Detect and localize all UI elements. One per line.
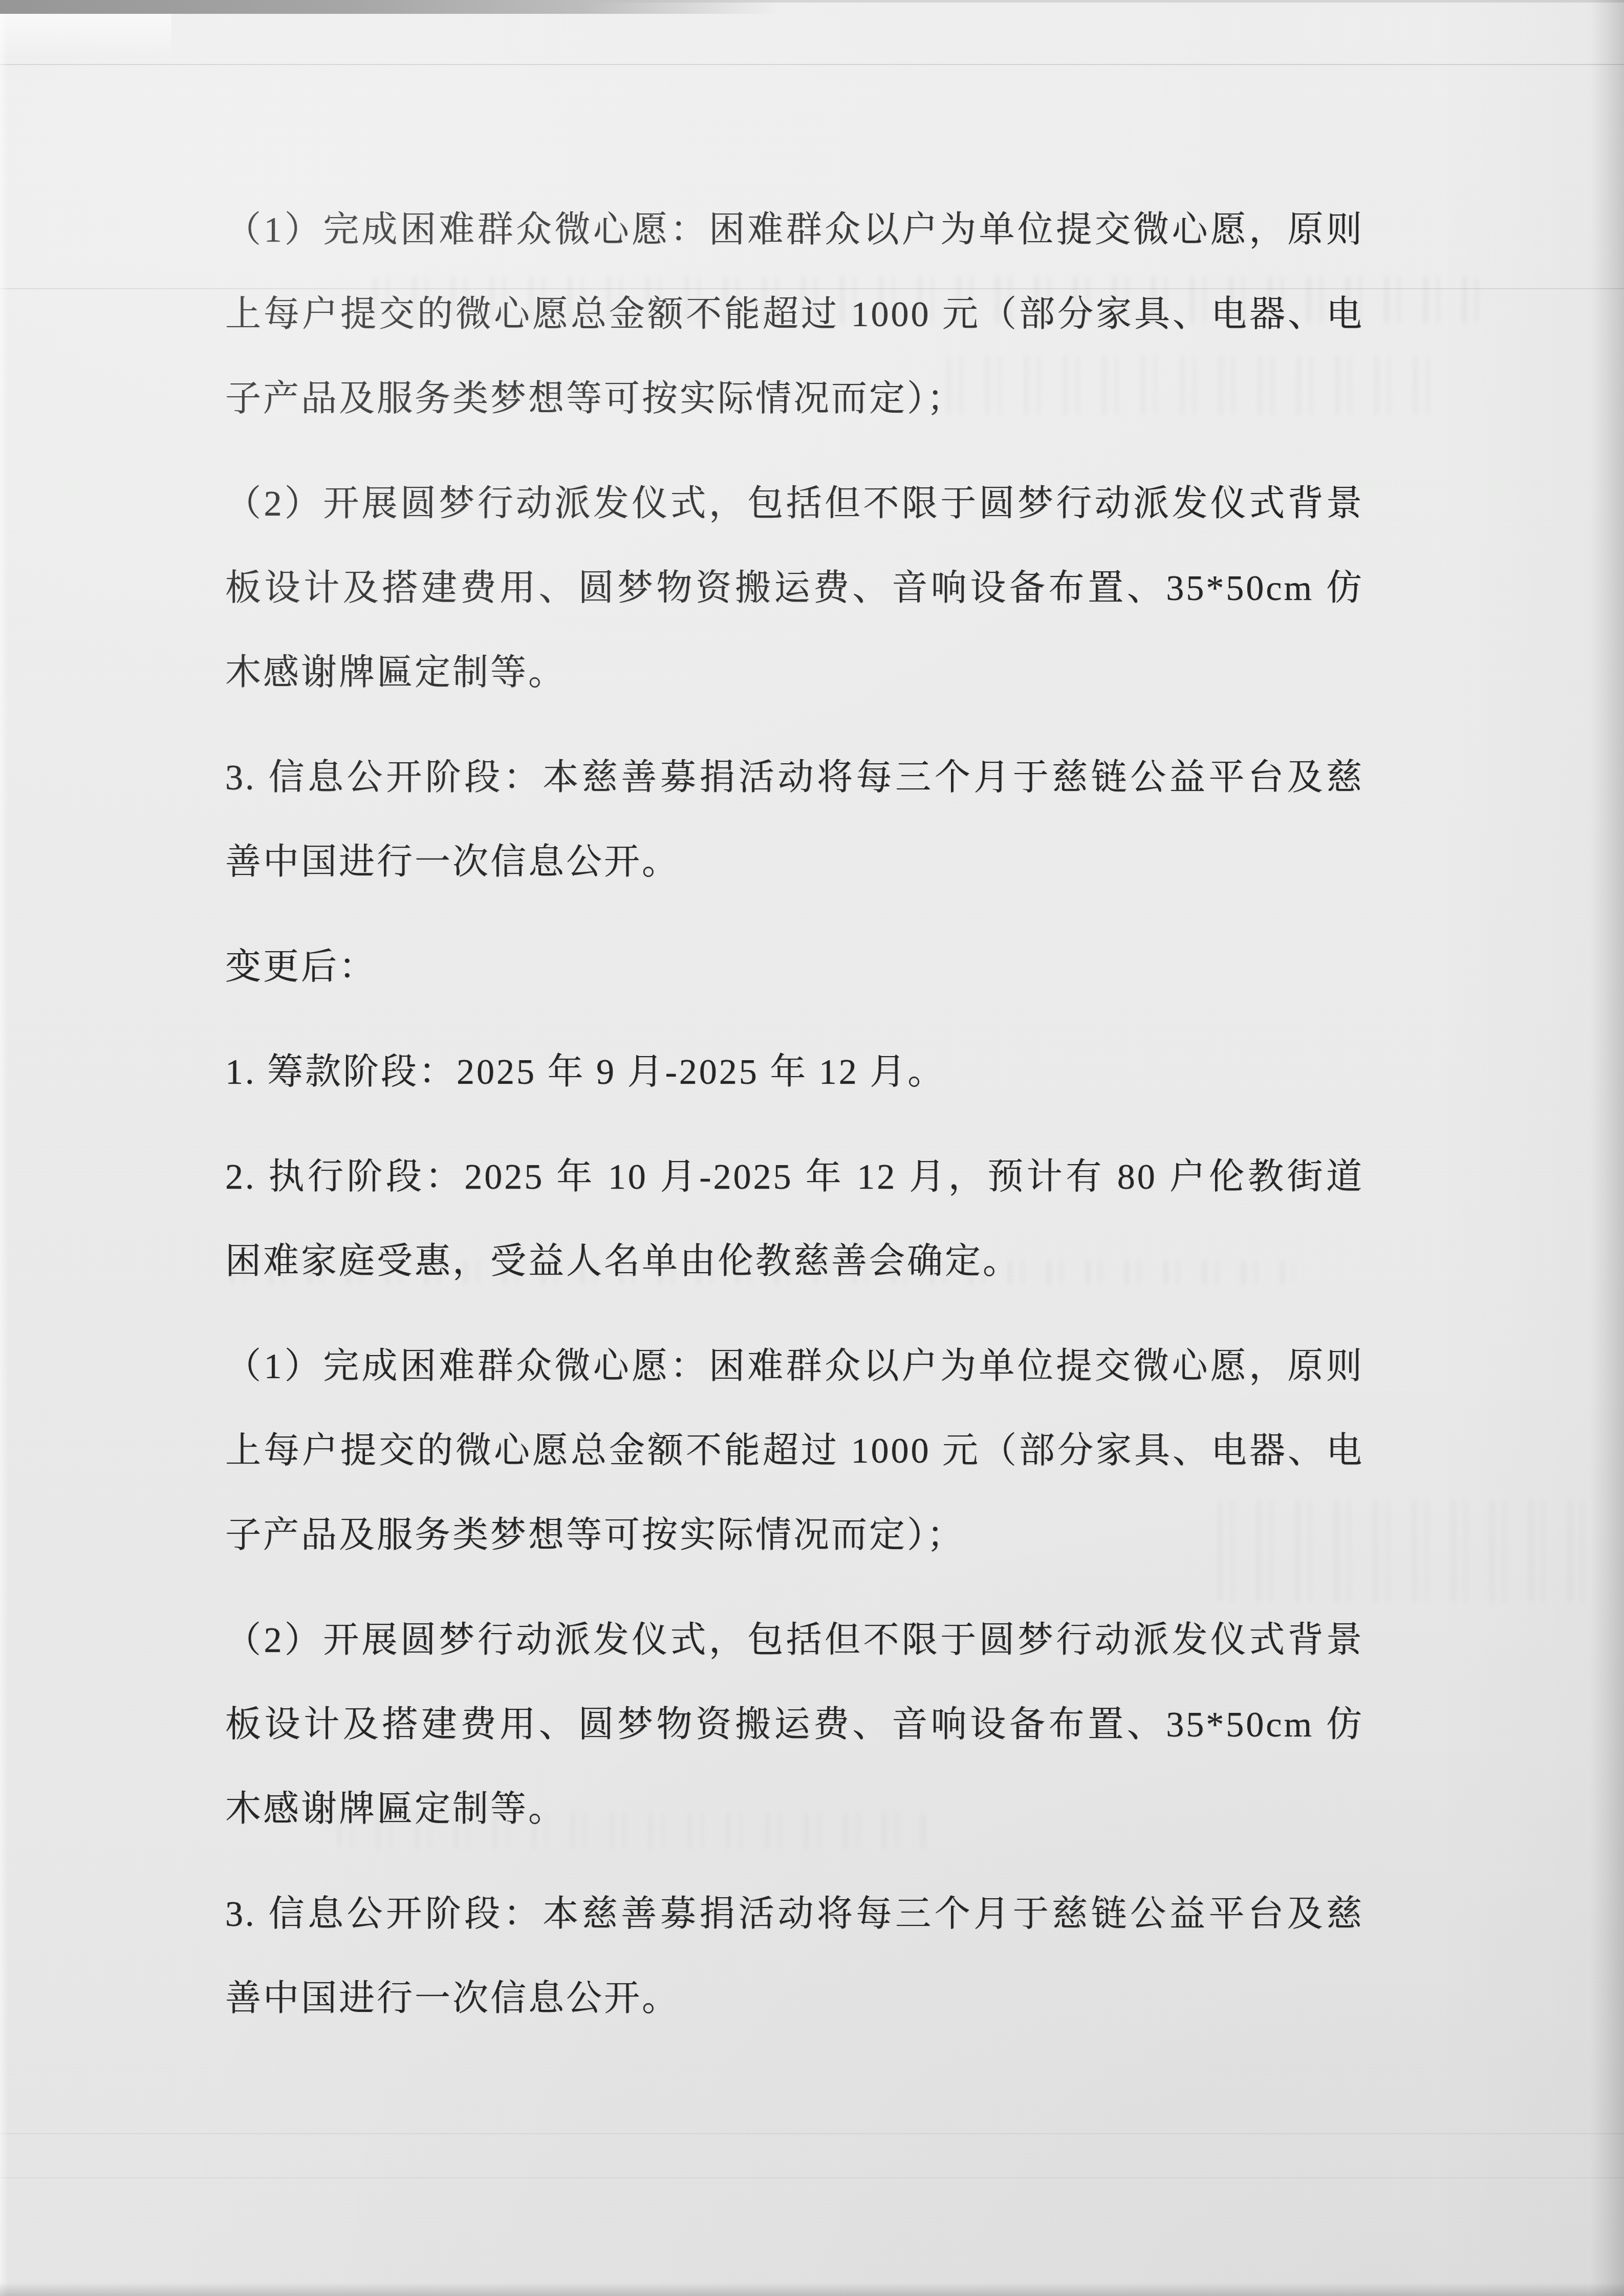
scan-left-edge-highlight <box>0 0 8 2296</box>
paragraph: （1）完成困难群众微心愿：困难群众以户为单位提交微心愿，原则上每户提交的微心愿总… <box>225 188 1364 441</box>
scan-line-artifact <box>0 2177 1624 2178</box>
scan-corner-highlight <box>0 14 171 57</box>
scan-bottom-edge-shadow <box>0 2283 1624 2296</box>
scan-top-edge-line <box>0 0 1624 3</box>
scan-right-edge-shadow <box>1590 0 1624 2296</box>
paragraph: 3. 信息公开阶段：本慈善募捐活动将每三个月于慈链公益平台及慈善中国进行一次信息… <box>225 736 1364 905</box>
scan-top-band <box>0 0 778 14</box>
paragraph: （2）开展圆梦行动派发仪式，包括但不限于圆梦行动派发仪式背景板设计及搭建费用、圆… <box>225 462 1364 715</box>
document-body: （1）完成困难群众微心愿：困难群众以户为单位提交微心愿，原则上每户提交的微心愿总… <box>225 188 1364 2062</box>
paragraph: 3. 信息公开阶段：本慈善募捐活动将每三个月于慈链公益平台及慈善中国进行一次信息… <box>225 1872 1364 2041</box>
scanned-page: （1）完成困难群众微心愿：困难群众以户为单位提交微心愿，原则上每户提交的微心愿总… <box>0 0 1624 2296</box>
paragraph: （1）完成困难群众微心愿：困难群众以户为单位提交微心愿，原则上每户提交的微心愿总… <box>225 1324 1364 1578</box>
scan-line-artifact <box>0 64 1624 65</box>
paragraph: 1. 筹款阶段：2025 年 9 月-2025 年 12 月。 <box>225 1030 1364 1114</box>
paragraph: （2）开展圆梦行动派发仪式，包括但不限于圆梦行动派发仪式背景板设计及搭建费用、圆… <box>225 1598 1364 1852</box>
paragraph: 变更后： <box>225 925 1364 1010</box>
paragraph: 2. 执行阶段：2025 年 10 月-2025 年 12 月，预计有 80 户… <box>225 1135 1364 1304</box>
scan-line-artifact <box>0 2133 1624 2134</box>
